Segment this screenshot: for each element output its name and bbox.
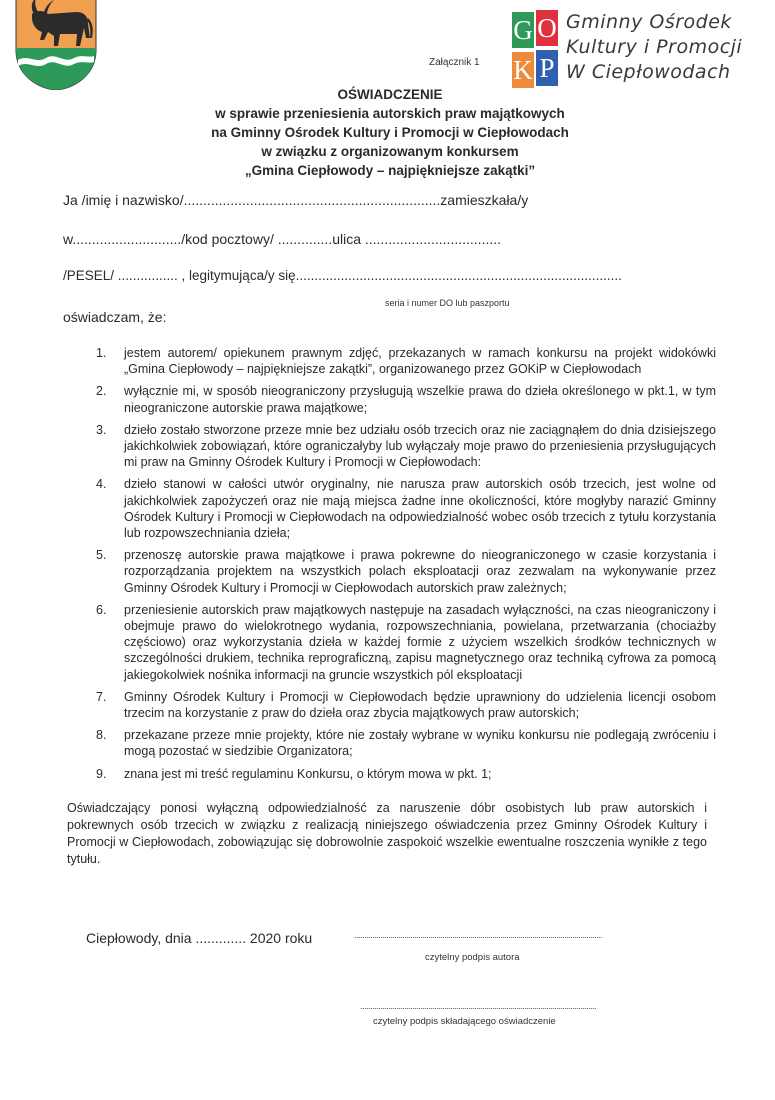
gokip-logo: G O K P Gminny Ośrodek Kultury i Promocj… — [512, 8, 772, 88]
logo-line: Gminny Ośrodek — [566, 10, 742, 35]
item-text: przenoszę autorskie prawa majątkowe i pr… — [124, 548, 716, 594]
item-number: 1. — [96, 345, 106, 361]
title-line: w związku z organizowanym konkursem — [180, 142, 600, 161]
declaration-list: 1.jestem autorem/ opiekunem prawnym zdję… — [96, 345, 716, 788]
city-postal-street-field[interactable]: w............................/kod poczto… — [63, 231, 501, 247]
item-text: jestem autorem/ opiekunem prawnym zdjęć,… — [124, 346, 716, 376]
id-field-note: seria i numer DO lub paszportu — [385, 298, 510, 308]
pesel-id-field[interactable]: /PESEL/ ................ , legitymująca/… — [63, 268, 622, 283]
logo-line: Kultury i Promocji — [566, 35, 742, 60]
declaration-item: 8.przekazane przeze mnie projekty, które… — [96, 727, 716, 759]
item-number: 4. — [96, 476, 106, 492]
declaration-item: 6.przeniesienie autorskich praw majątkow… — [96, 602, 716, 683]
declaration-item: 5.przenoszę autorskie prawa majątkowe i … — [96, 547, 716, 596]
declaration-item: 1.jestem autorem/ opiekunem prawnym zdję… — [96, 345, 716, 377]
coat-of-arms-icon — [14, 0, 98, 90]
item-number: 3. — [96, 422, 106, 438]
declaration-item: 9.znana jest mi treść regulaminu Konkurs… — [96, 766, 716, 782]
logo-tile-o: O — [536, 10, 558, 46]
author-signature-line[interactable]: ........................................… — [354, 930, 602, 940]
author-signature-caption: czytelny podpis autora — [425, 952, 520, 963]
item-text: dzieło stanowi w całości utwór oryginaln… — [124, 477, 716, 540]
logo-text: Gminny Ośrodek Kultury i Promocji W Ciep… — [566, 10, 742, 85]
logo-line: W Ciepłowodach — [566, 60, 742, 85]
logo-tile-g: G — [512, 12, 534, 48]
item-text: przeniesienie autorskich praw majątkowyc… — [124, 603, 716, 682]
document-title: OŚWIADCZENIE w sprawie przeniesienia aut… — [180, 85, 600, 180]
declarant-signature-line[interactable]: ........................................… — [360, 1001, 596, 1011]
item-number: 6. — [96, 602, 106, 618]
logo-tile-k: K — [512, 52, 534, 88]
declaration-item: 2.wyłącznie mi, w sposób nieograniczony … — [96, 383, 716, 415]
item-number: 7. — [96, 689, 106, 705]
item-text: znana jest mi treść regulaminu Konkursu,… — [124, 767, 492, 781]
place-date-field[interactable]: Ciepłowody, dnia ............. 2020 roku — [86, 930, 312, 946]
declarant-signature-caption: czytelny podpis składającego oświadczeni… — [373, 1016, 556, 1027]
title-heading: OŚWIADCZENIE — [180, 85, 600, 104]
declaration-item: 4.dzieło stanowi w całości utwór orygina… — [96, 476, 716, 541]
title-line: w sprawie przeniesienia autorskich praw … — [180, 104, 600, 123]
title-line: „Gmina Ciepłowody – najpiękniejsze zakąt… — [180, 161, 600, 180]
declaration-item: 3.dzieło zostało stworzone przeze mnie b… — [96, 422, 716, 471]
liability-paragraph: Oświadczający ponosi wyłączną odpowiedzi… — [67, 800, 707, 868]
item-text: Gminny Ośrodek Kultury i Promocji w Ciep… — [124, 690, 716, 720]
logo-tile-p: P — [536, 50, 558, 86]
declaration-item: 7.Gminny Ośrodek Kultury i Promocji w Ci… — [96, 689, 716, 721]
title-line: na Gminny Ośrodek Kultury i Promocji w C… — [180, 123, 600, 142]
declare-label: oświadczam, że: — [63, 309, 166, 325]
item-text: wyłącznie mi, w sposób nieograniczony pr… — [124, 384, 716, 414]
annex-label: Załącznik 1 — [429, 57, 480, 68]
item-text: dzieło zostało stworzone przeze mnie bez… — [124, 423, 716, 469]
item-text: przekazane przeze mnie projekty, które n… — [124, 728, 716, 758]
item-number: 5. — [96, 547, 106, 563]
item-number: 8. — [96, 727, 106, 743]
item-number: 9. — [96, 766, 106, 782]
name-address-field[interactable]: Ja /imię i nazwisko/....................… — [63, 192, 528, 208]
item-number: 2. — [96, 383, 106, 399]
